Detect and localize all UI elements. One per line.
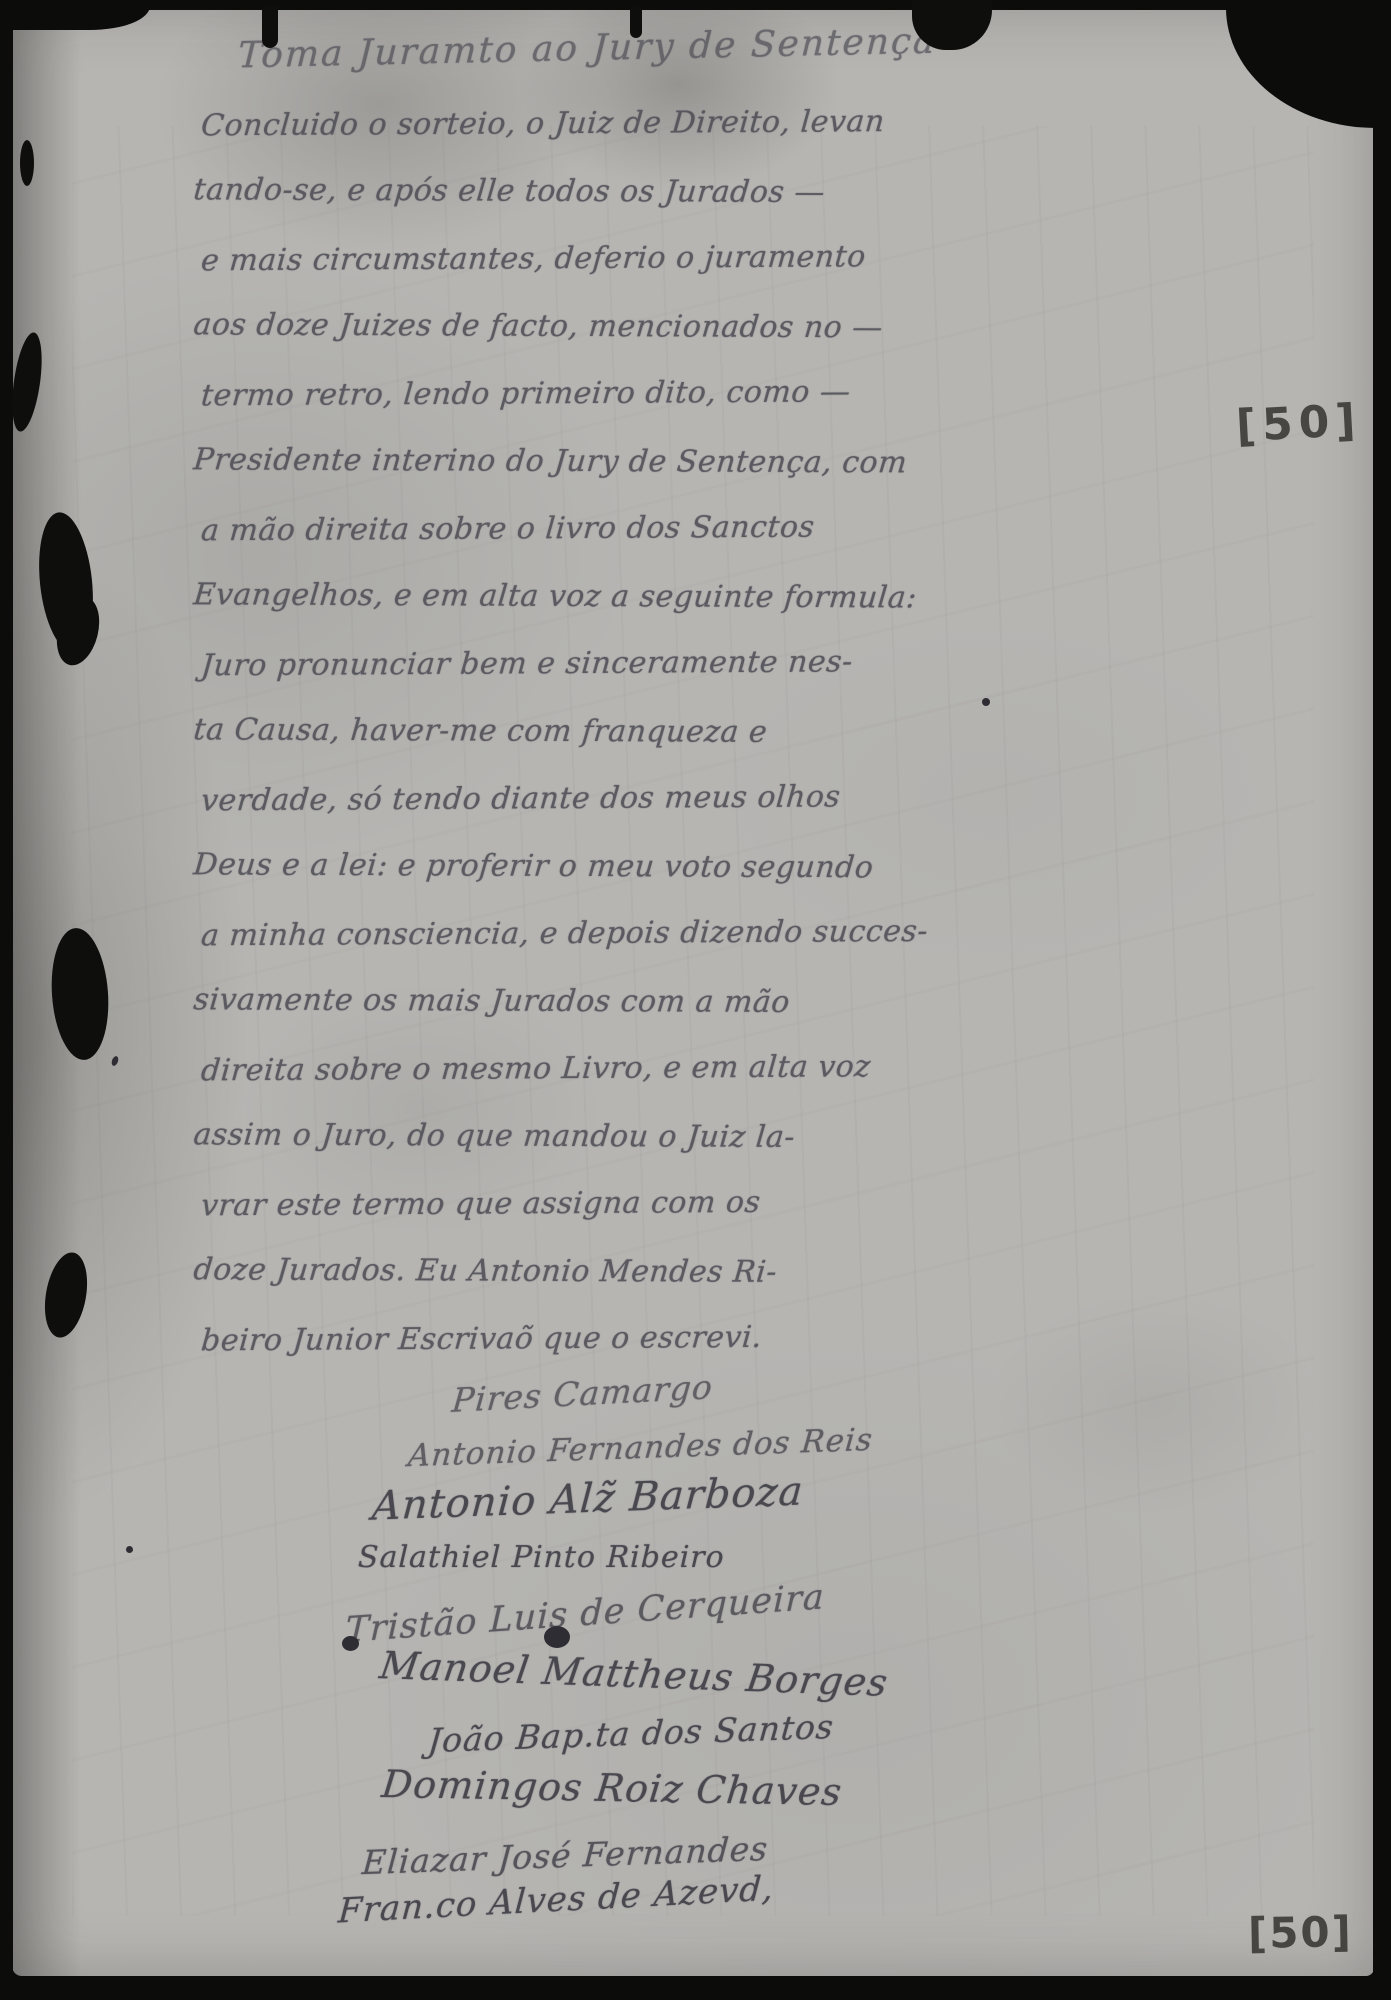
ink-blot bbox=[630, 6, 642, 38]
ink-blot bbox=[262, 6, 278, 48]
manuscript-line: termo retro, lendo primeiro dito, como — bbox=[197, 374, 973, 446]
manuscript-body: Concluido o sorteio, o Juiz de Direito, … bbox=[200, 106, 970, 1389]
manuscript-line: direita sobre o mesmo Livro, e em alta v… bbox=[197, 1049, 973, 1121]
manuscript-line: aos doze Juizes de facto, mencionados no… bbox=[189, 307, 973, 378]
manuscript-line: ta Causa, haver-me com franqueza e bbox=[189, 712, 973, 783]
manuscript-line: a mão direita sobre o livro dos Sanctos bbox=[197, 509, 973, 581]
manuscript-line: verdade, só tendo diante dos meus olhos bbox=[197, 779, 973, 851]
signature: Salathiel Pinto Ribeiro bbox=[357, 1540, 725, 1575]
manuscript-line: doze Jurados. Eu Antonio Mendes Ri- bbox=[189, 1252, 973, 1323]
document-scan: { "page": { "folio_number": "48", "title… bbox=[0, 0, 1391, 2000]
manuscript-line: Juro pronunciar bem e sinceramente nes- bbox=[197, 644, 973, 716]
manuscript-line: assim o Juro, do que mandou o Juiz la- bbox=[189, 1117, 973, 1188]
scan-edge-top bbox=[0, 0, 1240, 10]
manuscript-line: Evangelhos, e em alta voz a seguinte for… bbox=[189, 577, 973, 648]
manuscript-line: a minha consciencia, e depois dizendo su… bbox=[197, 914, 973, 986]
scan-edge-left bbox=[0, 0, 13, 2000]
manuscript-line: tando-se, e após elle todos os Jurados — bbox=[189, 172, 973, 243]
ink-dot bbox=[544, 1626, 570, 1648]
ink-dot bbox=[126, 1546, 133, 1553]
ink-blot bbox=[20, 140, 34, 186]
manuscript-line: e mais circumstantes, deferio o jurament… bbox=[197, 239, 973, 311]
scan-edge-bottom bbox=[0, 1976, 1391, 2000]
manuscript-line: Presidente interino do Jury de Sentença,… bbox=[189, 442, 973, 513]
manuscript-line: sivamente os mais Jurados com a mão bbox=[189, 982, 973, 1053]
signature: Domingos Roiz Chaves bbox=[380, 1762, 845, 1814]
manuscript-line: Concluido o sorteio, o Juiz de Direito, … bbox=[197, 104, 973, 176]
manuscript-line: vrar este termo que assigna com os bbox=[197, 1184, 973, 1256]
ink-dot bbox=[342, 1636, 359, 1651]
archival-folio-mark-bottom: [50] bbox=[1248, 1907, 1354, 1958]
scan-edge-right bbox=[1373, 0, 1391, 2000]
manuscript-line: Deus e a lei: e proferir o meu voto segu… bbox=[189, 847, 973, 918]
ink-dot bbox=[982, 698, 990, 706]
archival-folio-mark-right: [50] bbox=[1235, 395, 1363, 452]
